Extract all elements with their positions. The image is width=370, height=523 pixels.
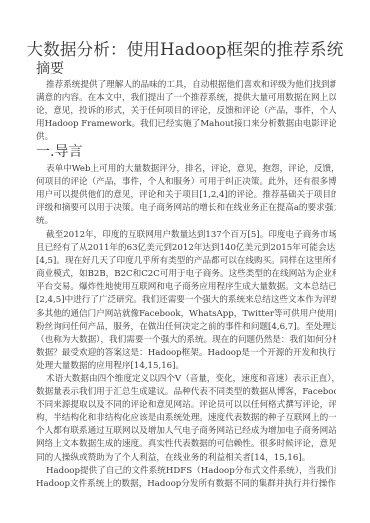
text-line: 推荐系统提供了理解人的品味的工具，自动根据他们喜欢和评级为他们找到新的，令人: [36, 79, 336, 92]
text-line: [4,5]。现在好几天了印度几乎所有类型的产品都可以在线购买。同样在这里所有三种…: [36, 255, 336, 268]
introduction-heading: 一.导言: [36, 141, 82, 161]
text-line: Hadoop提供了自己的文件系统HDFS（Hadoop分布式文件系统），当我们部…: [36, 465, 336, 478]
text-line: 评级和摘要可以用于决策。电子商务网站的增长和在线业务正在提高a的要求强大的推荐系: [36, 202, 336, 215]
intro-paragraph-2: 截至2012年，印度的互联网用户数量达到137个百万[5]。印度电子商务市场正在…: [36, 229, 336, 373]
text-line: 粉丝询问任何产品，服务，在做出任何决定之前的事件和问题[4,6,7]。至处理这些…: [36, 321, 336, 334]
text-line: 且已经有了从2011年的63亿美元到2012年达到140亿美元到2015年可能会…: [36, 242, 336, 255]
text-line: 数据？最受欢迎的答案这是：Hadoop框架。Hadoop是一个开源的开发和执行分…: [36, 347, 336, 360]
text-line: [2,4,5]中进行了广泛研究。我们还需要一个强大的系统来总结这些文本作为评级。…: [36, 294, 336, 307]
document-page: 大数据分析：使用Hadoop框架的推荐系统 摘要 推荐系统提供了理解人的品味的工…: [0, 0, 370, 523]
text-line: （也称为大数据），我们需要一个强大的系统。现在的问题仍然是：我们如何分析那些文本: [36, 334, 336, 347]
text-line: 商业模式，如B2B，B2C和C2C可用于电子商务。这些类型的在线网站为企业和客户…: [36, 268, 336, 281]
abstract-heading: 摘要: [36, 58, 64, 78]
text-line: 处理大量数据的应用程序[14,15,16]。: [36, 360, 336, 373]
text-line: 截至2012年，印度的互联网用户数量达到137个百万[5]。印度电子商务市场正在…: [36, 229, 336, 242]
text-line: 用Hadoop Framework。我们已经实施了Mahout接口来分析数据由电…: [36, 118, 336, 131]
intro-paragraph-3: 术语大数据由四个维度定义以四个V（音量，变化，速度和音速）表示正直），卷由文本 …: [36, 373, 336, 465]
text-line: 数据量表示我们用于汇总生成建议。品种代表不同类型的数据从博客，Facebook，…: [36, 386, 336, 399]
text-line: 论，意见，投诉的形式，关于任何项目的评论，反馈和评论（产品，事件，个人和服务）使: [36, 105, 336, 118]
text-line: 术语大数据由四个维度定义以四个V（音量，变化，速度和音速）表示正直），卷由文本: [36, 373, 336, 386]
intro-paragraph-1: 表单中Web上可用的大量数据评分，排名，评论，意见，抱怨，评论，反馈，以及对任 …: [36, 163, 336, 228]
text-line: 何项目的评论（产品，事件，个人和服务）可用于纠正决策。此外，还有很多博客论坛网络: [36, 176, 336, 189]
paper-title: 大数据分析：使用Hadoop框架的推荐系统: [0, 36, 370, 60]
text-line: Hadoop文件系统上的数据，Hadoop分发所有数据不同的集群并执行并行操作。…: [36, 478, 336, 491]
text-line: 同的人操纵或赞助为了个人利益，在线业务的利益相关者[14，15,16]。: [36, 452, 336, 465]
text-line: 满意的内容。在本文中，我们提出了一个推荐系统，提供大量可用数据在网上以评级，评: [36, 92, 336, 105]
intro-paragraph-4: Hadoop提供了自己的文件系统HDFS（Hadoop分布式文件系统），当我们部…: [36, 465, 336, 491]
text-line: 构，半结构化和非结构化应该是由系统处理。速度代表数据的种子互联网上的一代。现在每: [36, 412, 336, 425]
text-line: 统。: [36, 215, 336, 228]
text-line: 网络上文本数据生成的速度。真实性代表数据的可信赖性。很多时候评论，意见，反馈由不: [36, 438, 336, 451]
abstract-paragraph: 推荐系统提供了理解人的品味的工具，自动根据他们喜欢和评级为他们找到新的，令人 满…: [36, 79, 336, 144]
text-line: 多其他的通信门户网站就像Facebook，WhatsApp，Twitter等可供…: [36, 308, 336, 321]
text-line: 表单中Web上可用的大量数据评分，排名，评论，意见，抱怨，评论，反馈，以及对任: [36, 163, 336, 176]
text-line: 用户可以提供他们的意见，评论和关于项目[1,2,4]的评论。推荐基础关于项目的相…: [36, 189, 336, 202]
text-line: 平台交易。爆炸性地使用互联网和电子商务应用程序生成大量数据。文本总结已在NLP: [36, 281, 336, 294]
text-line: 个人都有联系通过互联网以及增加人气电子商务网站已经成为增加电子商务网站的主要原因: [36, 425, 336, 438]
text-line: 不同来源提取以及不同的评论和意见网站。评论员可以以任何格式撰写评论，评论，反馈结: [36, 399, 336, 412]
